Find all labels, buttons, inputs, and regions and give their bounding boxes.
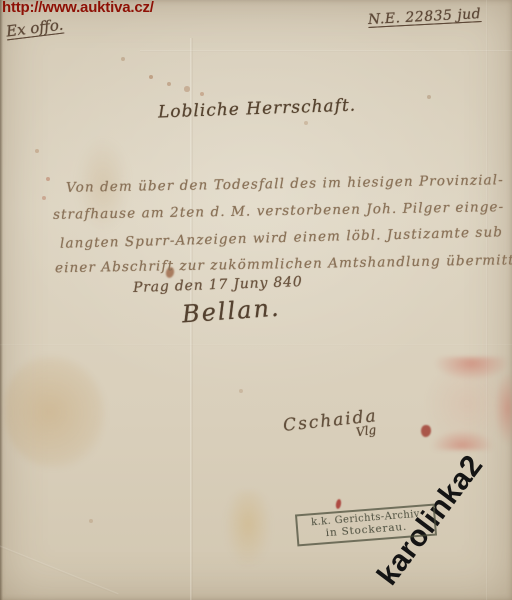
paper-left-edge xyxy=(0,0,3,600)
fold-crease-horizontal-top xyxy=(140,50,512,52)
fold-crease-diagonal-bottom-left xyxy=(0,543,118,595)
stain-bottom-center xyxy=(226,491,270,565)
fold-crease-vertical-right xyxy=(486,0,488,600)
letter-dateline: Prag den 17 Juny 840 xyxy=(133,274,303,296)
letter-body-line: Von dem über den Todesfall des im hiesig… xyxy=(66,172,504,196)
letter-body-line: einer Abschrift zur zukömmlichen Amtshan… xyxy=(55,252,512,276)
letter-body-line: langten Spurr-Anzeigen wird einem löbl. … xyxy=(60,224,503,252)
watermark-source-url: http://www.auktiva.cz/ xyxy=(2,0,154,16)
letter-signature: Bellan. xyxy=(181,294,281,329)
scanned-letter-document: http://www.auktiva.cz/ karolinka2 Ex off… xyxy=(0,0,512,600)
red-wax-seal-imprint xyxy=(422,357,512,450)
red-seal-speck xyxy=(421,425,431,437)
file-number-note: N.E. 22835 jud xyxy=(368,6,482,28)
fold-crease-horizontal-middle xyxy=(0,344,512,346)
letter-salutation: Lobliche Herrschaft. xyxy=(158,96,357,123)
countersignature-flourish: Vlg xyxy=(355,423,377,440)
seal-residue-stain-left xyxy=(5,356,105,468)
letter-body-line: strafhause am 2ten d. M. verstorbenen Jo… xyxy=(53,199,504,223)
red-mark-above-stamp xyxy=(335,499,342,510)
ex-offo-note: Ex offo. xyxy=(5,16,64,41)
